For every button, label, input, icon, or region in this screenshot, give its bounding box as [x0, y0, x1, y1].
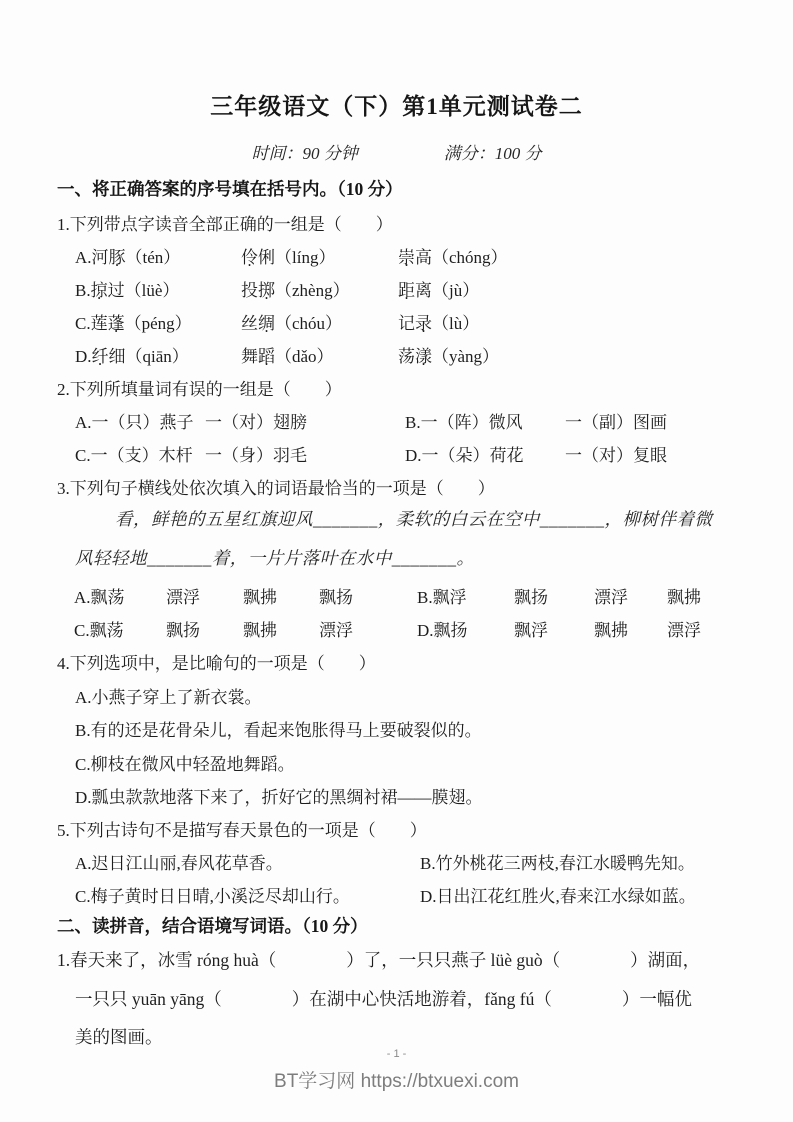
q2-option: C.一（支）木杆 [75, 441, 205, 466]
option-text: C.莲 [75, 314, 108, 333]
q1-option-d1: D.纤细（qiān） [75, 342, 241, 367]
option-text: （zhèng） [275, 281, 350, 300]
q5-option-a: A.迟日江山丽,春风花草香。 [75, 849, 420, 874]
dotted-char: 掷 [258, 276, 275, 301]
sec2-q1-line3: 美的图画。 [75, 1024, 163, 1049]
q5-stem: 5.下列古诗句不是描写春天景色的一项是（ ） [57, 816, 427, 841]
q3-option-word: 飘浮 [514, 616, 594, 641]
exam-meta: 时间：90 分钟 满分：100 分 [0, 139, 793, 164]
option-text: 投 [241, 281, 258, 300]
dotted-char: 蓬 [108, 309, 125, 334]
q5-option-d: D.日出江花红胜火,春来江水绿如蓝。 [420, 882, 696, 907]
dotted-char: 伶 [241, 243, 258, 268]
q5-options-row-cd: C.梅子黄时日日晴,小溪泛尽却山行。 D.日出江花红胜火,春来江水绿如蓝。 [75, 882, 785, 907]
site-watermark-link[interactable]: BT学习网 https://btxuexi.com [0, 1066, 793, 1093]
q3-option-word: 漂浮 [594, 583, 667, 608]
q3-option-word: 飘拂 [243, 583, 319, 608]
q2-option: 一（对）翅膀 [205, 408, 405, 433]
q1-option-b3: 距离（jù） [398, 276, 479, 301]
exam-full-score: 满分：100 分 [444, 139, 542, 164]
q3-option-word: 飘扬 [166, 616, 243, 641]
sec2-q1-line2: 一只只 yuān yāng（ ）在湖中心快活地游着，fǎng fú（ ）一幅优 [75, 986, 692, 1011]
q3-options-row-ab: A.飘荡 漂浮 飘拂 飘扬 B.飘浮 飘扬 漂浮 飘拂 [74, 583, 774, 608]
q1-option-c1: C.莲蓬（péng） [75, 309, 241, 334]
section2-heading: 二、读拼音，结合语境写词语。（10 分） [57, 913, 368, 938]
option-text: （péng） [125, 314, 192, 333]
option-text: 舞 [241, 347, 258, 366]
dotted-char: 漾 [415, 342, 432, 367]
option-text: 过（lüè） [108, 281, 180, 300]
q2-option: B.一（阵）微风 [405, 408, 565, 433]
q5-options-row-ab: A.迟日江山丽,春风花草香。 B.竹外桃花三两枝,春江水暖鸭先知。 [75, 849, 785, 874]
dotted-char: 掠 [91, 276, 108, 301]
q4-option-d: D.瓢虫款款地落下来了，折好它的黑绸衬裙——膜翅。 [75, 783, 483, 808]
option-text: （lù） [432, 314, 479, 333]
dotted-char: 纤 [92, 342, 109, 367]
q1-options-row-a: A.河豚（tén） 伶俐（líng） 崇高（chóng） [75, 243, 735, 268]
q1-option-d2: 舞蹈（dǎo） [241, 342, 398, 367]
q3-option-word: 飘扬 [514, 583, 594, 608]
option-text: 离（jù） [415, 281, 479, 300]
q4-option-b: B.有的还是花骨朵儿，看起来饱胀得马上要破裂似的。 [75, 716, 482, 741]
page-title: 三年级语文（下）第1单元测试卷二 [0, 88, 793, 121]
q4-stem: 4.下列选项中，是比喻句的一项是（ ） [57, 649, 376, 674]
q1-option-b2: 投掷（zhèng） [241, 276, 398, 301]
dotted-char: 崇 [398, 243, 415, 268]
q2-options-row-cd: C.一（支）木杆 一（身）羽毛 D.一（朵）荷花 一（对）复眼 [75, 441, 775, 466]
option-text: D. [75, 347, 92, 366]
q1-option-d3: 荡漾（yàng） [398, 342, 499, 367]
section1-heading: 一、将正确答案的序号填在括号内。（10 分） [57, 176, 403, 201]
q3-option-word: 漂浮 [319, 616, 417, 641]
q1-option-a1: A.河豚（tén） [75, 243, 241, 268]
q4-option-a: A.小燕子穿上了新衣裳。 [75, 683, 262, 708]
option-text: 细（qiān） [109, 347, 189, 366]
q2-option: 一（对）复眼 [565, 441, 667, 466]
q1-option-a3: 崇高（chóng） [398, 243, 508, 268]
q1-option-c2: 丝绸（chóu） [241, 309, 398, 334]
q2-option: A.一（只）燕子 [75, 408, 205, 433]
option-text: A.河 [75, 248, 109, 267]
q3-option-word: 飘拂 [667, 583, 701, 608]
q3-option-word: 飘拂 [243, 616, 319, 641]
page-number: - 1 - [0, 1048, 793, 1060]
q5-option-b: B.竹外桃花三两枝,春江水暖鸭先知。 [420, 849, 695, 874]
q1-options-row-b: B.掠过（lüè） 投掷（zhèng） 距离（jù） [75, 276, 735, 301]
q2-option: 一（副）图画 [565, 408, 667, 433]
option-text: （tén） [126, 248, 181, 267]
exam-time: 时间：90 分钟 [252, 139, 358, 164]
q1-option-a2: 伶俐（líng） [241, 243, 398, 268]
q3-option-word: 漂浮 [166, 583, 243, 608]
dotted-char: 绸 [258, 309, 275, 334]
q2-option: D.一（朵）荷花 [405, 441, 565, 466]
q3-passage-line2: 风轻轻地_______着，一片片落叶在水中_______。 [75, 545, 475, 570]
option-text: 记 [398, 314, 415, 333]
q3-passage-line1: 看，鲜艳的五星红旗迎风_______，柔软的白云在空中_______，柳树伴着微 [115, 506, 713, 531]
q1-options-row-d: D.纤细（qiān） 舞蹈（dǎo） 荡漾（yàng） [75, 342, 735, 367]
dotted-char: 豚 [109, 243, 126, 268]
q3-stem: 3.下列句子横线处依次填入的词语最恰当的一项是（ ） [57, 474, 495, 499]
sec2-q1-line1: 1.春天来了，冰雪 róng huà（ ）了，一只只燕子 lüè guò（ ）湖… [57, 947, 700, 972]
q3-option-word: D.飘扬 [417, 616, 514, 641]
option-text: （dǎo） [275, 347, 334, 366]
option-text: B. [75, 281, 91, 300]
q3-option-word: B.飘浮 [417, 583, 514, 608]
test-paper-page: 三年级语文（下）第1单元测试卷二 时间：90 分钟 满分：100 分 一、将正确… [0, 0, 793, 1122]
q5-option-c: C.梅子黄时日日晴,小溪泛尽却山行。 [75, 882, 420, 907]
q3-option-word: 漂浮 [667, 616, 701, 641]
q1-options-row-c: C.莲蓬（péng） 丝绸（chóu） 记录（lù） [75, 309, 735, 334]
q3-option-word: A.飘荡 [74, 583, 166, 608]
option-text: 俐（líng） [258, 248, 335, 267]
q1-option-c3: 记录（lù） [398, 309, 479, 334]
option-text: 高（chóng） [415, 248, 508, 267]
q2-option: 一（身）羽毛 [205, 441, 405, 466]
q1-option-b1: B.掠过（lüè） [75, 276, 241, 301]
option-text: 荡 [398, 347, 415, 366]
q3-option-word: 飘扬 [319, 583, 417, 608]
q3-options-row-cd: C.飘荡 飘扬 飘拂 漂浮 D.飘扬 飘浮 飘拂 漂浮 [74, 616, 774, 641]
dotted-char: 录 [415, 309, 432, 334]
option-text: （chóu） [275, 314, 342, 333]
q2-options-row-ab: A.一（只）燕子 一（对）翅膀 B.一（阵）微风 一（副）图画 [75, 408, 775, 433]
q3-option-word: 飘拂 [594, 616, 667, 641]
q4-option-c: C.柳枝在微风中轻盈地舞蹈。 [75, 750, 295, 775]
q3-option-word: C.飘荡 [74, 616, 166, 641]
option-text: （yàng） [432, 347, 499, 366]
q2-stem: 2.下列所填量词有误的一组是（ ） [57, 375, 342, 400]
dotted-char: 蹈 [258, 342, 275, 367]
option-text: 丝 [241, 314, 258, 333]
dotted-char: 距 [398, 276, 415, 301]
q1-stem: 1.下列带点字读音全部正确的一组是（ ） [57, 210, 393, 235]
